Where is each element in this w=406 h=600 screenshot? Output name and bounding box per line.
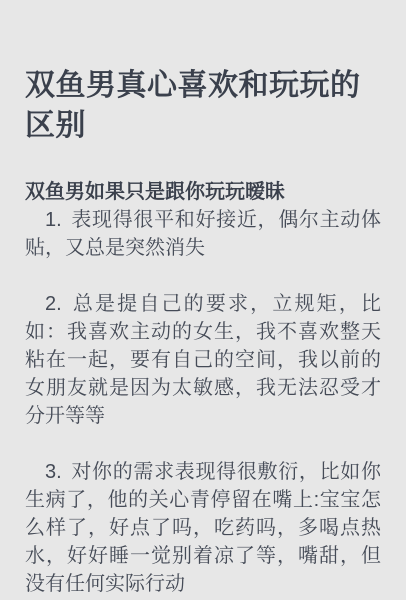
list-item: 2.总是提自己的要求，立规矩，比如：我喜欢主动的女生，我不喜欢整天粘在一起，要有… xyxy=(25,290,381,430)
list-item-text: 总是提自己的要求，立规矩，比如：我喜欢主动的女生，我不喜欢整天粘在一起，要有自己… xyxy=(25,293,381,427)
section-heading: 双鱼男如果只是跟你玩玩暧昧 xyxy=(25,178,381,206)
list-item-text: 表现得很平和好接近，偶尔主动体贴，又总是突然消失 xyxy=(25,209,381,259)
article-page: 双鱼男真心喜欢和玩玩的区别 双鱼男如果只是跟你玩玩暧昧 1.表现得很平和好接近，… xyxy=(0,0,406,600)
list-item-number: 1. xyxy=(45,209,62,231)
page-title: 双鱼男真心喜欢和玩玩的区别 xyxy=(25,66,381,146)
list-item-number: 3. xyxy=(45,461,62,483)
list-item: 1.表现得很平和好接近，偶尔主动体贴，又总是突然消失 xyxy=(25,206,381,262)
article-body: 双鱼男如果只是跟你玩玩暧昧 1.表现得很平和好接近，偶尔主动体贴，又总是突然消失… xyxy=(25,178,381,598)
list-item-number: 2. xyxy=(45,293,62,315)
list-item: 3.对你的需求表现得很敷衍，比如你生病了，他的关心青停留在嘴上:宝宝怎么样了，好… xyxy=(25,458,381,598)
list-item-text: 对你的需求表现得很敷衍，比如你生病了，他的关心青停留在嘴上:宝宝怎么样了，好点了… xyxy=(25,461,381,595)
